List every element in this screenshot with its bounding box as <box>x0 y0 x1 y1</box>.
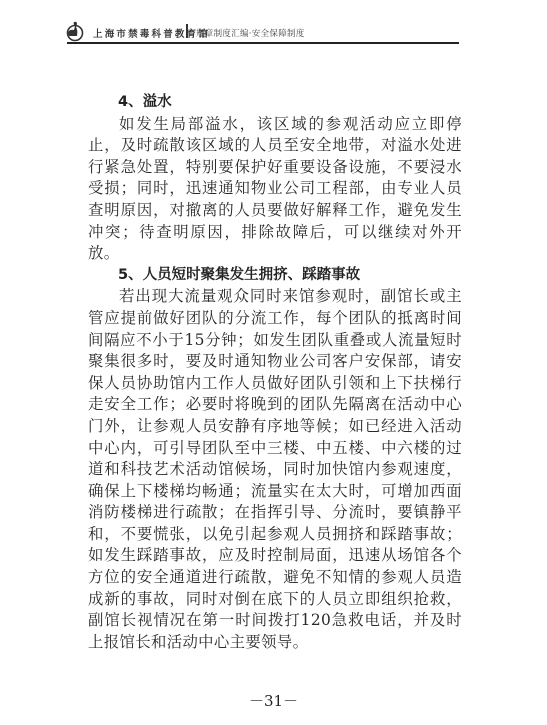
document-body: 4、溢水 如发生局部溢水，该区域的参观活动应立即停止，及时疏散该区域的人员至安全… <box>88 92 462 653</box>
section-paragraph-crowding: 若出现大流量观众同时来馆参观时，副馆长或主管应提前做好团队的分流工作，每个团队的… <box>88 286 462 653</box>
section-paragraph-overflow: 如发生局部溢水，该区域的参观活动应立即停止，及时疏散该区域的人员至安全地带，对溢… <box>88 114 462 265</box>
section-heading-crowding: 5、人员短时聚集发生拥挤、踩踏事故 <box>88 265 462 287</box>
page-number: －31－ <box>0 690 547 711</box>
page-header: 上海市禁毒科普教育馆 规章制度汇编·安全保障制度 <box>66 20 460 44</box>
museum-logo-icon <box>66 20 84 42</box>
header-divider <box>186 24 188 38</box>
header-rule <box>67 42 459 44</box>
section-heading-overflow: 4、溢水 <box>88 92 462 114</box>
organization-name: 上海市禁毒科普教育馆 <box>93 26 210 40</box>
section-title: 规章制度汇编·安全保障制度 <box>196 27 305 39</box>
